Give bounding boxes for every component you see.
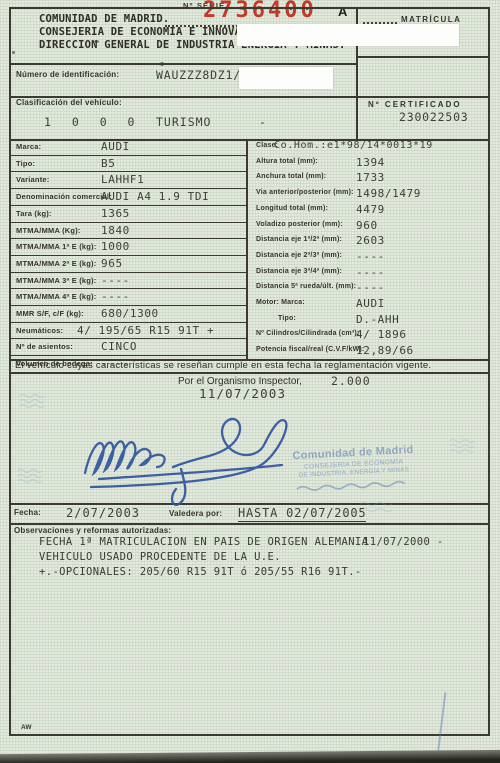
divider <box>11 63 357 65</box>
scan-edge-shadow <box>0 750 500 763</box>
divider <box>11 372 488 374</box>
stamp-wave-icon <box>295 478 415 494</box>
spec-value: CINCO <box>101 340 137 353</box>
spec-label: Denominación comercial: <box>16 192 112 201</box>
spec-row: Altura total (mm):1394 <box>246 155 488 171</box>
spec-row: MTMA/MMA (Kg):1840 <box>11 223 246 240</box>
spec-label: Tipo: <box>278 315 296 322</box>
spec-value: ---- <box>356 281 385 294</box>
spec-label: Nº de asientos: <box>16 342 73 351</box>
matricula-label: MATRÍCULA <box>401 15 461 24</box>
spec-value: 4479 <box>356 203 385 216</box>
spec-value: 2603 <box>356 234 385 247</box>
spec-label: Via anterior/posterior (mm): <box>256 189 354 196</box>
remarks-label: Observaciones y reformas autorizadas: <box>14 526 171 535</box>
spec-row: MTMA/MMA 4ª E (kg):---- <box>11 289 246 306</box>
watermark-wave-icon <box>17 467 43 485</box>
org-name-line1: COMUNIDAD DE MADRID. <box>39 13 169 25</box>
spec-row: Clase:Co.Hom.:e1*98/14*0013*19 <box>246 139 488 155</box>
spec-label: Distancia eje 2ª/3ª (mm): <box>256 252 342 259</box>
spec-row: MTMA/MMA 1ª E (kg):1000 <box>11 239 246 256</box>
spec-row: Distancia eje 2ª/3ª (mm):---- <box>246 249 488 265</box>
spec-row: Distancia eje 1ª/2ª (mm):2603 <box>246 233 488 249</box>
scan-speck <box>94 40 99 43</box>
spec-label: MTMA/MMA 2ª E (kg): <box>16 259 96 268</box>
compliance-statement: El vehículo cuyas características se res… <box>15 360 485 371</box>
spec-value: 960 <box>356 219 378 232</box>
spec-value: AUDI A4 1.9 TDI <box>101 190 209 203</box>
remarks-line1-date: 11/07/2000 - <box>363 536 444 548</box>
spec-row: Tipo:B5 <box>11 156 246 173</box>
classification-code: 1 0 0 0 <box>44 115 141 129</box>
divider <box>11 523 488 525</box>
spec-column-right: Clase:Co.Hom.:e1*98/14*0013*19 Altura to… <box>246 139 488 359</box>
spec-row: Longitud total (mm):4479 <box>246 202 488 218</box>
spec-value: AUDI <box>356 297 385 310</box>
spec-row: MMR S/F, c/F (kg):680/1300 <box>11 306 246 323</box>
spec-label: Nº Cilindros/Cilindrada (cm³): <box>256 330 359 337</box>
watermark-wave-icon <box>449 437 475 455</box>
office-stamp: Comunidad de Madrid CONSEJERÍA DE ECONOM… <box>268 443 440 502</box>
spec-row: MTMA/MMA 3ª E (kg):---- <box>11 273 246 290</box>
divider <box>356 56 488 58</box>
classification-value: TURISMO <box>156 115 211 129</box>
spec-label: Altura total (mm): <box>256 158 318 165</box>
spec-label: Distancia eje 1ª/2ª (mm): <box>256 236 342 243</box>
spec-value: ---- <box>356 250 385 263</box>
spec-value: AUDI <box>101 140 130 153</box>
spec-value: 680/1300 <box>101 307 159 320</box>
watermark-wave-icon <box>19 392 45 410</box>
spec-row: Tipo:D.-AHH <box>246 312 488 328</box>
spec-value: LAHHF1 <box>101 173 144 186</box>
vin-value: WAUZZZ8DZ1/ <box>156 68 241 82</box>
spec-value: ---- <box>356 266 385 279</box>
spec-row: Motor: Marca:AUDI <box>246 296 488 312</box>
spec-row: Marca:AUDI <box>11 139 246 156</box>
spec-value: B5 <box>101 157 115 170</box>
spec-label: Neumáticos: <box>16 326 63 335</box>
spec-value: 1365 <box>101 207 130 220</box>
spec-label: MMR S/F, c/F (kg): <box>16 309 84 318</box>
spec-value: 4/ 195/65 R15 91T + <box>77 324 214 337</box>
spec-value: D.-AHH <box>356 313 399 326</box>
spec-label: Distancia eje 3ª/4ª (mm): <box>256 268 342 275</box>
spec-row: Distancia eje 3ª/4ª (mm):---- <box>246 265 488 281</box>
spec-row: Tara (kg):1365 <box>11 206 246 223</box>
form-code: AW <box>21 724 31 731</box>
spec-label: Marca: <box>16 142 41 151</box>
spec-value: 4/ 1896 <box>356 328 407 341</box>
spec-value: ---- <box>101 274 130 287</box>
spec-value: 1000 <box>101 240 130 253</box>
spec-label: Motor: Marca: <box>256 299 305 306</box>
spec-label: Tipo: <box>16 159 35 168</box>
org-name-line2: CONSEJERIA DE ECONOMIA E INNOVAC <box>39 26 248 38</box>
spec-label: Tara (kg): <box>16 209 52 218</box>
redaction-box <box>239 67 333 89</box>
document-frame: COMUNIDAD DE MADRID. CONSEJERIA DE ECONO… <box>9 7 490 736</box>
spec-row: Distancia 5ª rueda/últ. (mm):---- <box>246 280 488 296</box>
spec-label: Potencia fiscal/real (C.V.F/kW): <box>256 346 364 353</box>
redaction-box <box>237 24 459 46</box>
spec-row: MTMA/MMA 2ª E (kg):965 <box>11 256 246 273</box>
vehicle-registration-document: Nº SERIE 2736400 A COMUNIDAD DE MADRID. … <box>0 0 500 763</box>
spec-label: Anchura total (mm): <box>256 173 326 180</box>
spec-row: Voladizo posterior (mm):960 <box>246 218 488 234</box>
spec-row: Anchura total (mm):1733 <box>246 170 488 186</box>
spec-row: Nº de asientos:CINCO <box>11 339 246 356</box>
spec-label: Voladizo posterior (mm): <box>256 221 343 228</box>
spec-label: Longitud total (mm): <box>256 205 328 212</box>
date-label: Fecha: <box>14 508 41 517</box>
spec-value: 1840 <box>101 224 130 237</box>
scan-speck <box>160 62 164 66</box>
certificate-label: Nº CERTIFICADO <box>368 100 462 109</box>
spec-label: MTMA/MMA (Kg): <box>16 226 81 235</box>
certificate-number: 230022503 <box>399 110 469 124</box>
remarks-line2: VEHICULO USADO PROCEDENTE DE LA U.E. <box>39 551 281 563</box>
spec-value: 12,89/66 <box>356 344 414 357</box>
classification-label: Clasificación del vehículo: <box>16 98 122 107</box>
classification-dash: - <box>259 115 266 129</box>
date-value: 2/07/2003 <box>66 506 140 520</box>
spec-value: 965 <box>101 257 123 270</box>
spec-label: Variante: <box>16 175 49 184</box>
spec-value: 1394 <box>356 156 385 169</box>
spec-row: Neumáticos:4/ 195/65 R15 91T + <box>11 323 246 340</box>
spec-row: Denominación comercial:AUDI A4 1.9 TDI <box>11 189 246 206</box>
spec-column-left: Marca:AUDI Tipo:B5 Variante:LAHHF1 Denom… <box>11 139 246 359</box>
spec-value: 1498/1479 <box>356 187 421 200</box>
valid-until-label: Valedera por: <box>169 509 222 518</box>
spec-label: MTMA/MMA 3ª E (kg): <box>16 276 96 285</box>
spec-value: 1733 <box>356 171 385 184</box>
inspection-date: 11/07/2003 <box>199 386 286 401</box>
spec-value: Co.Hom.:e1*98/14*0013*19 <box>274 140 433 151</box>
spec-row: Variante:LAHHF1 <box>11 172 246 189</box>
spec-row: Nº Cilindros/Cilindrada (cm³):4/ 1896 <box>246 327 488 343</box>
spec-label: Distancia 5ª rueda/últ. (mm): <box>256 283 356 290</box>
spec-row: Via anterior/posterior (mm):1498/1479 <box>246 186 488 202</box>
spec-row: Potencia fiscal/real (C.V.F/kW):12,89/66 <box>246 343 488 359</box>
inspector-code: 2.000 <box>331 374 371 388</box>
vin-label: Número de identificación: <box>16 70 119 79</box>
spec-value: ---- <box>101 290 130 303</box>
valid-until-value: HASTA 02/07/2005 <box>238 506 366 522</box>
spec-label: MTMA/MMA 4ª E (kg): <box>16 292 96 301</box>
remarks-line3: +.-OPCIONALES: 205/60 R15 91T ó 205/55 R… <box>39 566 362 578</box>
remarks-line1: FECHA 1ª MATRICULACION EN PAIS DE ORIGEN… <box>39 536 368 548</box>
scan-speck <box>12 51 15 54</box>
spec-label: MTMA/MMA 1ª E (kg): <box>16 242 96 251</box>
